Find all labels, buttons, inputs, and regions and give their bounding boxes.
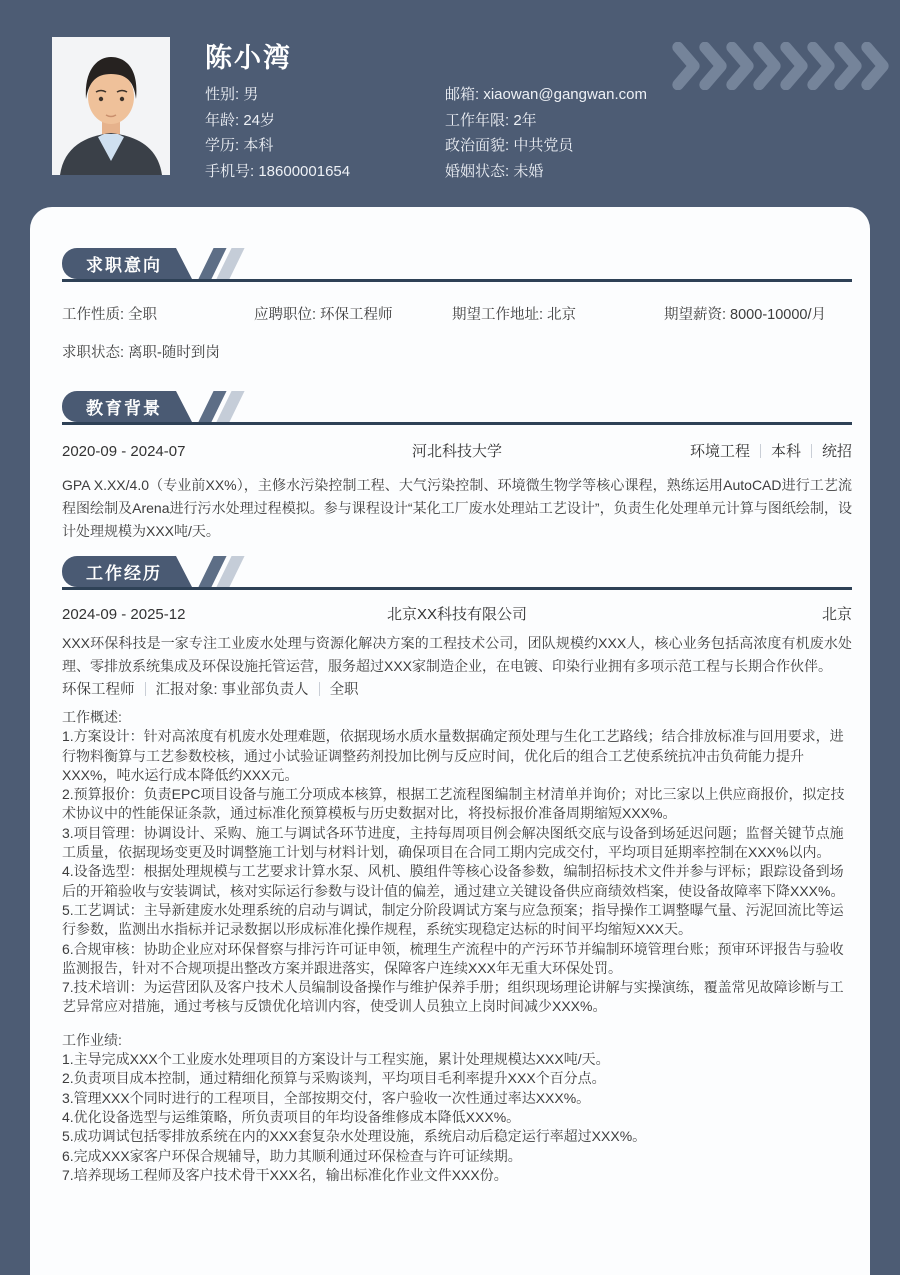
section-title: 工作经历 — [86, 559, 162, 584]
work-employment-type: 全职 — [330, 682, 359, 698]
profile-field: 邮箱: xiaowan@gangwan.com — [445, 82, 647, 108]
work-achievement-item: 7.培养现场工程师及客户技术骨干XXX名，输出标准化作业文件XXX份。 — [62, 1166, 852, 1185]
separator — [319, 682, 320, 696]
work-achievement-item: 2.负责项目成本控制，通过精细化预算与采购谈判，平均项目毛利率提升XXX个百分点… — [62, 1069, 852, 1088]
job-intent-item: 工作性质: 全职 — [62, 307, 254, 324]
profile-field: 学历: 本科 — [205, 133, 350, 159]
work-role: 环保工程师 — [62, 682, 135, 698]
section-title: 教育背景 — [86, 394, 162, 419]
resume-card: 求职意向 工作性质: 全职应聘职位: 环保工程师期望工作地址: 北京期望薪资: … — [30, 207, 870, 1275]
work-period: 2024-09 - 2025-12 — [62, 606, 387, 623]
work-overview-item: 7.技术培训：为运营团队及客户技术人员编制设备操作与维护保养手册；组织现场理论讲… — [62, 978, 852, 1017]
education-enrollment: 统招 — [822, 443, 852, 460]
work-company: 北京XX科技有限公司 — [387, 606, 527, 623]
education-degree: 本科 — [771, 443, 801, 460]
section-header: 工作经历 — [62, 553, 852, 590]
profile-field: 手机号: 18600001654 — [205, 159, 350, 185]
company-intro: XXX环保科技是一家专注工业废水处理与资源化解决方案的工程技术公司，团队规模约X… — [62, 632, 852, 678]
work-overview-item: 5.工艺调试：主导新建废水处理系统的启动与调试，制定分阶段调试方案与应急预案；指… — [62, 901, 852, 940]
separator — [760, 444, 761, 458]
section-education: 教育背景 2020-09 - 2024-07 河北科技大学 环境工程本科统招 G… — [62, 388, 852, 543]
work-role-row: 环保工程师汇报对象: 事业部负责人全职 — [62, 681, 852, 699]
education-description: GPA X.XX/4.0（专业前XX%），主修水污染控制工程、大气污染控制、环境… — [62, 474, 852, 543]
education-major: 环境工程 — [690, 443, 750, 460]
work-meta-row: 2024-09 - 2025-12 北京XX科技有限公司 北京 — [62, 606, 852, 623]
work-achievement-item: 3.管理XXX个同时进行的工程项目，全部按期交付，客户验收一次性通过率达XXX%… — [62, 1089, 852, 1108]
chevron-decoration — [676, 42, 892, 90]
job-intent-item: 应聘职位: 环保工程师 — [254, 307, 452, 324]
job-intent-row: 工作性质: 全职应聘职位: 环保工程师期望工作地址: 北京期望薪资: 8000-… — [62, 307, 852, 324]
education-school: 河北科技大学 — [412, 443, 502, 460]
job-intent-item: 期望工作地址: 北京 — [452, 307, 664, 324]
section-header: 求职意向 — [62, 245, 852, 282]
work-overview-block: 工作概述: 1.方案设计：针对高浓度有机废水处理难题，依据现场水质水量数据确定预… — [62, 708, 852, 1017]
resume-page: { "header": { "name": "陈小湾", "fields_lef… — [0, 0, 900, 1275]
section-title-badge: 工作经历 — [62, 556, 192, 587]
profile-field: 性别: 男 — [205, 82, 350, 108]
profile-fields-left: 性别: 男年龄: 24岁学历: 本科手机号: 18600001654 — [205, 82, 350, 184]
section-job-intent: 求职意向 工作性质: 全职应聘职位: 环保工程师期望工作地址: 北京期望薪资: … — [62, 245, 852, 362]
job-seeking-status: 求职状态: 离职-随时到岗 — [62, 345, 852, 362]
work-location: 北京 — [527, 606, 852, 623]
separator — [811, 444, 812, 458]
work-report-to: 汇报对象: 事业部负责人 — [156, 682, 309, 698]
profile-fields-right: 邮箱: xiaowan@gangwan.com工作年限: 2年政治面貌: 中共党… — [445, 82, 647, 184]
work-achievements-list: 1.主导完成XXX个工业废水处理项目的方案设计与工程实施，累计处理规模达XXX吨… — [62, 1050, 852, 1185]
chevron-right-icon — [858, 42, 892, 90]
work-achievements-block: 工作业绩: 1.主导完成XXX个工业废水处理项目的方案设计与工程实施，累计处理规… — [62, 1031, 852, 1185]
work-overview-item: 2.预算报价：负责EPC项目设备与施工分项成本核算，根据工艺流程图编制主材清单并… — [62, 785, 852, 824]
header: 陈小湾 性别: 男年龄: 24岁学历: 本科手机号: 18600001654 邮… — [0, 0, 900, 207]
profile-field: 政治面貌: 中共党员 — [445, 133, 647, 159]
section-title-badge: 求职意向 — [62, 248, 192, 279]
work-overview-item: 1.方案设计：针对高浓度有机废水处理难题，依据现场水质水量数据确定预处理与生化工… — [62, 727, 852, 785]
work-achievement-item: 5.成功调试包括零排放系统在内的XXX套复杂水处理设施，系统启动后稳定运行率超过… — [62, 1127, 852, 1146]
education-period: 2020-09 - 2024-07 — [62, 443, 412, 460]
section-header: 教育背景 — [62, 388, 852, 425]
profile-field: 婚姻状态: 未婚 — [445, 159, 647, 185]
section-work-experience: 工作经历 2024-09 - 2025-12 北京XX科技有限公司 北京 XXX… — [62, 553, 852, 1185]
work-overview-item: 6.合规审核：协助企业应对环保督察与排污许可证申领，梳理生产流程中的产污环节并编… — [62, 940, 852, 979]
work-achievement-item: 4.优化设备选型与运维策略，所负责项目的年均设备维修成本降低XXX%。 — [62, 1108, 852, 1127]
work-achievement-item: 1.主导完成XXX个工业废水处理项目的方案设计与工程实施，累计处理规模达XXX吨… — [62, 1050, 852, 1069]
profile-field: 工作年限: 2年 — [445, 108, 647, 134]
profile-field: 年龄: 24岁 — [205, 108, 350, 134]
work-overview-item: 4.设备选型：根据处理规模与工艺要求计算水泵、风机、膜组件等核心设备参数，编制招… — [62, 862, 852, 901]
candidate-name: 陈小湾 — [205, 36, 292, 75]
portrait-illustration — [52, 37, 170, 175]
separator — [145, 682, 146, 696]
section-title: 求职意向 — [86, 251, 162, 276]
work-overview-item: 3.项目管理：协调设计、采购、施工与调试各环节进度，主持每周项目例会解决图纸交底… — [62, 824, 852, 863]
work-achievements-title: 工作业绩: — [62, 1031, 852, 1050]
job-intent-item: 期望薪资: 8000-10000/月 — [664, 307, 826, 324]
portrait-photo — [52, 37, 170, 175]
work-overview-list: 1.方案设计：针对高浓度有机废水处理难题，依据现场水质水量数据确定预处理与生化工… — [62, 727, 852, 1016]
work-overview-title: 工作概述: — [62, 708, 852, 727]
education-detail: 环境工程本科统招 — [502, 443, 852, 460]
work-achievement-item: 6.完成XXX家客户环保合规辅导，助力其顺利通过环保检查与许可证续期。 — [62, 1147, 852, 1166]
education-meta-row: 2020-09 - 2024-07 河北科技大学 环境工程本科统招 — [62, 443, 852, 460]
section-title-badge: 教育背景 — [62, 391, 192, 422]
